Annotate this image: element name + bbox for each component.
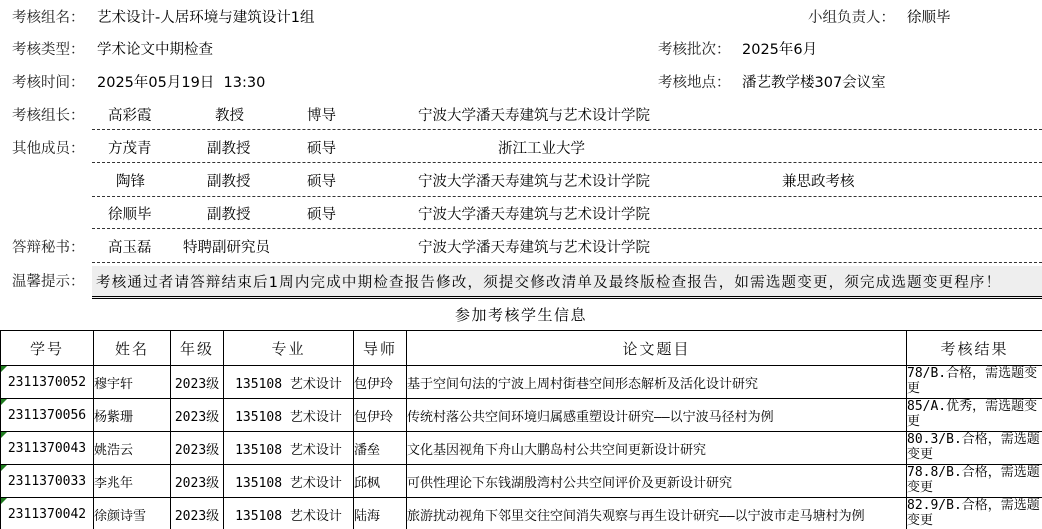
student-advisor-cell[interactable]: 潘垒 xyxy=(354,432,407,465)
committee-member-affiliation: 宁波大学潘天寿建筑与艺术设计学院 xyxy=(418,205,650,225)
committee-member-name: 陶锋 xyxy=(116,172,145,192)
column-header-result: 考核结果 xyxy=(907,331,1042,366)
student-id: 2311370042 xyxy=(8,507,86,522)
exam-type-label: 考核类型： xyxy=(12,40,85,60)
student-thesis-title-cell[interactable]: 旅游扰动视角下邻里交往空间消失观察与再生设计研究——以宁波市走马塘村为例 xyxy=(407,498,907,529)
table-row: 2311370033 李兆年 2023级 135108 艺术设计 邱枫 可供性理… xyxy=(1,465,1042,498)
table-header-row: 学号 姓名 年级 专业 导师 论文题目 考核结果 xyxy=(1,331,1042,366)
committee-member-supervisor: 硕导 xyxy=(307,139,336,159)
student-name-cell[interactable]: 姚浩云 xyxy=(94,432,171,465)
committee-leader-label: 考核组长： xyxy=(12,106,85,126)
student-result-cell[interactable]: 78/B.合格，需选题变更 xyxy=(907,366,1042,399)
student-id: 2311370052 xyxy=(8,375,86,390)
student-grade-cell[interactable]: 2023级 xyxy=(171,399,224,432)
student-id-cell[interactable]: 2311370056 xyxy=(1,399,94,432)
group-leader-contact-value: 徐顺毕 xyxy=(907,8,951,28)
column-header-thesis-title: 论文题目 xyxy=(407,331,907,366)
row-divider xyxy=(92,228,1042,229)
committee-member-supervisor: 硕导 xyxy=(307,205,336,225)
column-header-advisor: 导师 xyxy=(354,331,407,366)
student-major-cell[interactable]: 135108 艺术设计 xyxy=(224,465,354,498)
exam-location-label: 考核地点： xyxy=(658,73,731,93)
committee-member-name: 徐顺毕 xyxy=(108,205,152,225)
committee-member-name: 高玉磊 xyxy=(108,238,152,258)
committee-member-supervisor: 硕导 xyxy=(307,172,336,192)
student-name-cell[interactable]: 徐颜诗雪 xyxy=(94,498,171,529)
student-major-cell[interactable]: 135108 艺术设计 xyxy=(224,366,354,399)
student-name-cell[interactable]: 李兆年 xyxy=(94,465,171,498)
student-thesis-title-cell[interactable]: 可供性理论下东钱湖殷湾村公共空间评价及更新设计研究 xyxy=(407,465,907,498)
committee-member-title: 副教授 xyxy=(207,205,251,225)
comment-marker-icon xyxy=(1,366,7,372)
student-grade-cell[interactable]: 2023级 xyxy=(171,366,224,399)
comment-marker-icon xyxy=(1,498,7,504)
committee-secretary-label: 答辩秘书： xyxy=(12,238,85,258)
student-result-cell[interactable]: 82.9/B.合格，需选题变更 xyxy=(907,498,1042,529)
column-header-id: 学号 xyxy=(1,331,94,366)
student-thesis-title-cell[interactable]: 文化基因视角下舟山大鹏岛村公共空间更新设计研究 xyxy=(407,432,907,465)
student-advisor-cell[interactable]: 包伊玲 xyxy=(354,366,407,399)
student-result-cell[interactable]: 85/A.优秀，需选题变更 xyxy=(907,399,1042,432)
exam-time-label: 考核时间： xyxy=(12,73,85,93)
student-advisor-cell[interactable]: 邱枫 xyxy=(354,465,407,498)
exam-batch-label: 考核批次： xyxy=(658,40,731,60)
tip-text: 考核通过者请答辩结束后1周内完成中期检查报告修改，须提交修改清单及最终版检查报告… xyxy=(96,271,1001,292)
exam-batch-value: 2025年6月 xyxy=(742,40,817,60)
committee-members-label: 其他成员： xyxy=(12,139,85,159)
column-header-grade: 年级 xyxy=(171,331,224,366)
student-id: 2311370033 xyxy=(8,474,86,489)
column-header-name: 姓名 xyxy=(94,331,171,366)
student-major-cell[interactable]: 135108 艺术设计 xyxy=(224,432,354,465)
tip-label: 温馨提示： xyxy=(12,272,85,292)
exam-location-value: 潘艺教学楼307会议室 xyxy=(742,73,886,93)
student-id-cell[interactable]: 2311370033 xyxy=(1,465,94,498)
committee-member-affiliation: 浙江工业大学 xyxy=(498,139,585,159)
tip-box: 考核通过者请答辩结束后1周内完成中期检查报告修改，须提交修改清单及最终版检查报告… xyxy=(92,266,1042,299)
students-table: 学号 姓名 年级 专业 导师 论文题目 考核结果 2311370052 穆宇轩 … xyxy=(0,330,1042,529)
students-caption: 参加考核学生信息 xyxy=(0,304,1042,325)
comment-marker-icon xyxy=(1,432,7,438)
student-name-cell[interactable]: 杨紫珊 xyxy=(94,399,171,432)
student-grade-cell[interactable]: 2023级 xyxy=(171,432,224,465)
group-name-value: 艺术设计-人居环境与建筑设计1组 xyxy=(97,8,314,28)
row-divider xyxy=(92,262,1042,263)
committee-member-title: 教授 xyxy=(215,106,244,126)
student-advisor-cell[interactable]: 陆海 xyxy=(354,498,407,529)
committee-member-affiliation: 宁波大学潘天寿建筑与艺术设计学院 xyxy=(418,106,650,126)
committee-member-note: 兼思政考核 xyxy=(782,172,855,192)
student-name-cell[interactable]: 穆宇轩 xyxy=(94,366,171,399)
committee-member-title: 副教授 xyxy=(207,139,251,159)
student-id-cell[interactable]: 2311370052 xyxy=(1,366,94,399)
comment-marker-icon xyxy=(1,465,7,471)
student-result-cell[interactable]: 78.8/B.合格，需选题变更 xyxy=(907,465,1042,498)
group-name-label: 考核组名： xyxy=(12,8,85,28)
row-divider xyxy=(92,129,1042,130)
committee-member-title: 副教授 xyxy=(207,172,251,192)
row-divider xyxy=(92,196,1042,197)
student-grade-cell[interactable]: 2023级 xyxy=(171,465,224,498)
student-major-cell[interactable]: 135108 艺术设计 xyxy=(224,498,354,529)
exam-time-value: 2025年05月19日 13:30 xyxy=(97,73,265,93)
committee-member-name: 高彩霞 xyxy=(108,106,152,126)
row-divider xyxy=(92,162,1042,163)
committee-member-name: 方茂青 xyxy=(108,139,152,159)
student-thesis-title-cell[interactable]: 传统村落公共空间环境归属感重塑设计研究——以宁波马径村为例 xyxy=(407,399,907,432)
student-major-cell[interactable]: 135108 艺术设计 xyxy=(224,399,354,432)
table-row: 2311370056 杨紫珊 2023级 135108 艺术设计 包伊玲 传统村… xyxy=(1,399,1042,432)
committee-member-title: 特聘副研究员 xyxy=(183,238,270,258)
committee-member-affiliation: 宁波大学潘天寿建筑与艺术设计学院 xyxy=(418,172,650,192)
student-id: 2311370043 xyxy=(8,441,86,456)
table-row: 2311370052 穆宇轩 2023级 135108 艺术设计 包伊玲 基于空… xyxy=(1,366,1042,399)
student-id-cell[interactable]: 2311370042 xyxy=(1,498,94,529)
student-id: 2311370056 xyxy=(8,408,86,423)
exam-type-value: 学术论文中期检查 xyxy=(97,40,213,60)
student-advisor-cell[interactable]: 包伊玲 xyxy=(354,399,407,432)
table-row: 2311370043 姚浩云 2023级 135108 艺术设计 潘垒 文化基因… xyxy=(1,432,1042,465)
student-thesis-title-cell[interactable]: 基于空间句法的宁波上周村街巷空间形态解析及活化设计研究 xyxy=(407,366,907,399)
column-header-major: 专业 xyxy=(224,331,354,366)
student-grade-cell[interactable]: 2023级 xyxy=(171,498,224,529)
table-row: 2311370042 徐颜诗雪 2023级 135108 艺术设计 陆海 旅游扰… xyxy=(1,498,1042,529)
student-id-cell[interactable]: 2311370043 xyxy=(1,432,94,465)
committee-member-supervisor: 博导 xyxy=(307,106,336,126)
committee-member-affiliation: 宁波大学潘天寿建筑与艺术设计学院 xyxy=(418,238,650,258)
comment-marker-icon xyxy=(1,399,7,405)
group-leader-contact-label: 小组负责人： xyxy=(808,8,895,28)
student-result-cell[interactable]: 80.3/B.合格，需选题变更 xyxy=(907,432,1042,465)
